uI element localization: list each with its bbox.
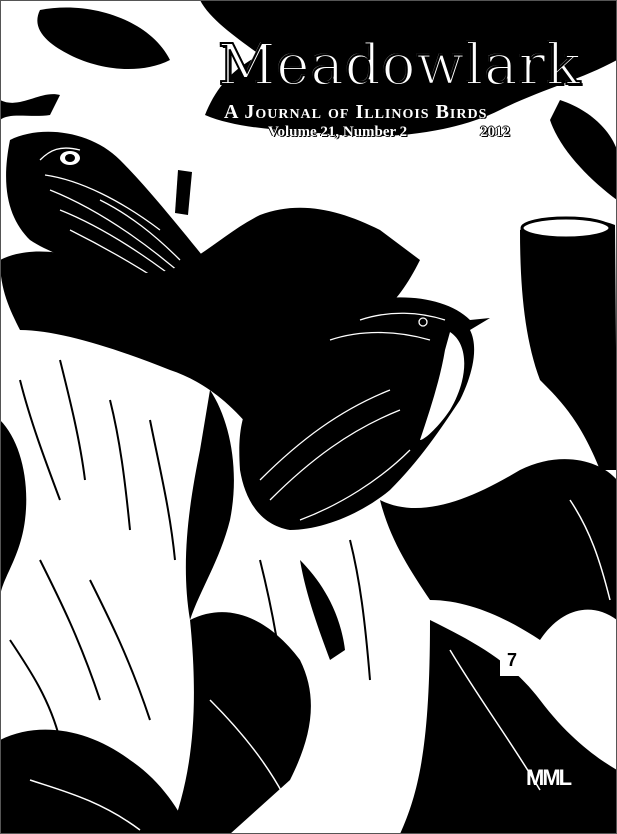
volume-number: Volume 21, Number 2: [268, 124, 407, 141]
publication-year: 2012: [480, 124, 510, 141]
artist-signature: MML: [526, 765, 570, 791]
leg-band-tag: 7: [500, 650, 524, 676]
journal-title: Meadowlark: [218, 38, 581, 94]
journal-cover: Meadowlark A Journal of Illinois Birds V…: [0, 0, 617, 834]
journal-subtitle: A Journal of Illinois Birds: [224, 101, 487, 124]
